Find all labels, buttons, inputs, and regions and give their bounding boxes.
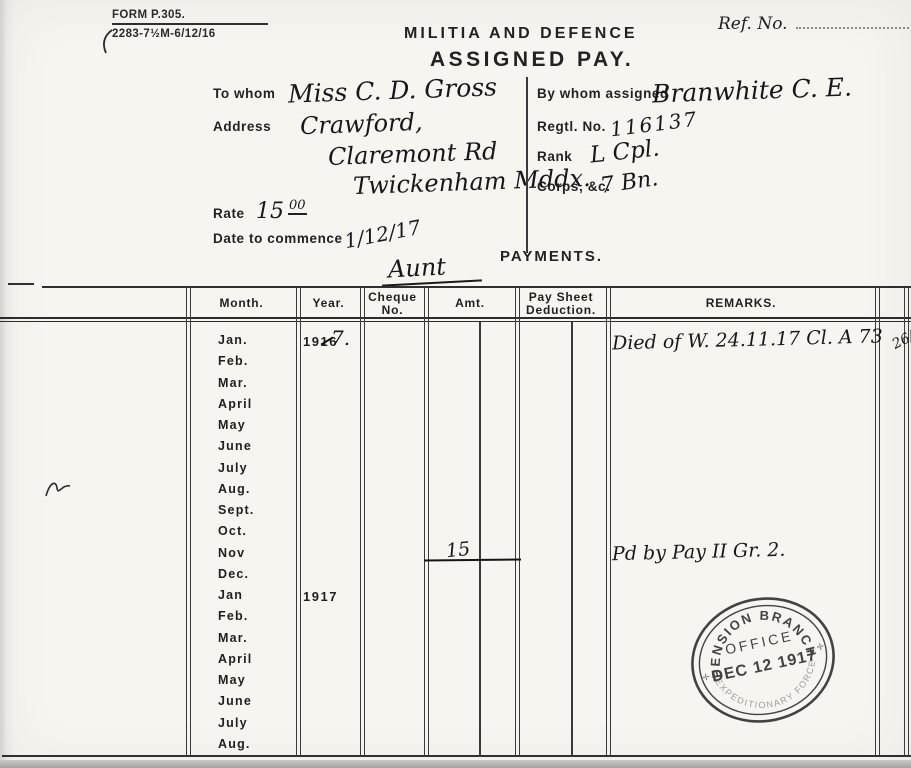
- month-label: Jan: [218, 588, 243, 602]
- table-left-border: [186, 287, 191, 756]
- form-number: FORM P.305.: [112, 9, 185, 21]
- col-header-amt: Amt.: [425, 297, 515, 310]
- regtl-no-label: Regtl. No.: [537, 119, 606, 134]
- month-label: Dec.: [218, 567, 249, 581]
- month-label: Jan.: [218, 333, 248, 347]
- month-label: July: [218, 461, 248, 475]
- by-whom-label: By whom assigned: [537, 86, 669, 101]
- paysheet-inner-divider: [571, 322, 573, 756]
- by-whom-value-handwritten: Branwhite C. E.: [652, 73, 853, 109]
- month-label: Oct.: [218, 524, 247, 538]
- date-to-commence-label: Date to commence: [213, 231, 343, 246]
- ink-mark: [98, 28, 116, 56]
- address-label: Address: [213, 119, 271, 134]
- address-line2-handwritten: Claremont Rd: [328, 137, 498, 171]
- corps-value-handwritten: 7 Bn.: [599, 166, 660, 199]
- ref-no: Ref. No.: [718, 13, 911, 34]
- remark-handwritten: Pd by Pay II Gr. 2.: [612, 538, 786, 565]
- department-title: MILITIA AND DEFENCE: [404, 25, 638, 43]
- col-header-year: Year.: [297, 297, 360, 310]
- info-column-divider: [526, 77, 528, 253]
- rate-label: Rate: [213, 206, 245, 221]
- form-print-code: 2283-7½M-6/12/16: [112, 28, 216, 40]
- month-label: May: [218, 418, 246, 432]
- table-right-border: [904, 287, 909, 756]
- form-title: ASSIGNED PAY.: [430, 48, 634, 72]
- month-label: Nov: [218, 546, 245, 560]
- table-bottom-border: [2, 755, 911, 757]
- year-value: 1917: [303, 589, 338, 604]
- pension-branch-stamp: PENSION BRANCH OFFICE DEC 12 1917 EXPEDI…: [688, 594, 838, 728]
- col-line-paysheet-remarks: [606, 287, 611, 756]
- amount-rule-handdrawn: [424, 558, 521, 561]
- col-header-month: Month.: [187, 297, 296, 310]
- form-number-rule: [112, 23, 268, 25]
- month-label: June: [218, 439, 252, 453]
- month-label: July: [218, 716, 248, 730]
- year-correction-handwritten: 7.: [331, 326, 350, 350]
- rank-value-handwritten: L Cpl.: [589, 135, 661, 168]
- table-top-border-dash: [8, 283, 34, 285]
- col-line-amt-paysheet: [515, 287, 520, 756]
- table-top-border: [42, 286, 911, 288]
- rank-label: Rank: [537, 149, 572, 164]
- amt-inner-divider: [479, 322, 481, 756]
- date-to-commence-value-handwritten: 1/12/17: [342, 215, 422, 253]
- to-whom-value-handwritten: Miss C. D. Gross: [288, 72, 498, 108]
- ink-mark: [42, 472, 76, 502]
- month-label: Feb.: [218, 354, 249, 368]
- scan-edge-band: [0, 760, 911, 768]
- payments-title: PAYMENTS.: [500, 248, 603, 265]
- rate-cents: 00: [288, 198, 307, 215]
- col-header-cheque-line2: No.: [361, 304, 424, 317]
- month-label: Sept.: [218, 503, 255, 517]
- month-label: Mar.: [218, 376, 248, 390]
- col-header-cheque: Cheque No.: [361, 291, 424, 317]
- month-label: May: [218, 673, 246, 687]
- col-line-month-year: [296, 287, 301, 756]
- month-label: Aug.: [218, 737, 251, 751]
- month-label: June: [218, 694, 252, 708]
- col-header-paysheet: Pay Sheet Deduction.: [516, 291, 606, 317]
- month-label: Mar.: [218, 631, 248, 645]
- remark-handwritten: Died of W. 24.11.17 Cl. A 7326/11/17: [612, 324, 911, 355]
- to-whom-label: To whom: [213, 86, 275, 101]
- rate-value-handwritten: 1500: [256, 198, 307, 224]
- ref-no-label: Ref. No.: [718, 14, 788, 34]
- col-header-paysheet-line2: Deduction.: [516, 304, 606, 317]
- col-line-remarks-margin: [875, 287, 880, 756]
- table-header-separator: [0, 317, 911, 322]
- document-page: FORM P.305. 2283-7½M-6/12/16 Ref. No. MI…: [0, 0, 911, 768]
- col-line-year-cheque: [360, 287, 365, 756]
- address-line1-handwritten: Crawford,: [300, 108, 423, 140]
- amount-handwritten: 15: [445, 537, 471, 561]
- rate-dollars: 15: [256, 199, 284, 224]
- ref-no-line: [796, 13, 911, 29]
- relationship-note-handwritten: Aunt: [387, 253, 446, 284]
- month-label: April: [218, 397, 252, 411]
- col-header-remarks: REMARKS.: [607, 297, 875, 310]
- month-label: Feb.: [218, 609, 249, 623]
- col-line-cheque-amt: [424, 287, 429, 756]
- month-label: Aug.: [218, 482, 251, 496]
- month-label: April: [218, 652, 252, 666]
